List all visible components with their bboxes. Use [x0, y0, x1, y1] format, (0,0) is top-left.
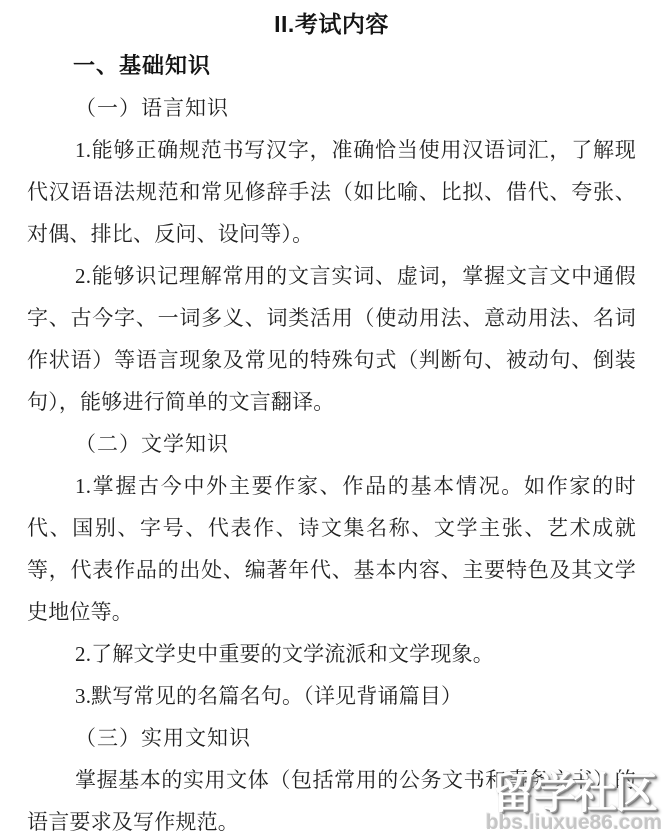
paragraph-classical-chinese: 2.能够识记理解常用的文言实词、虚词，掌握文言文中通假字、古今字、一词多义、词类…: [27, 255, 636, 423]
paragraph-recitation-passages: 3.默写常见的名篇名句。（详见背诵篇目）: [27, 675, 636, 717]
paragraph-hanzi-vocabulary-rhetoric: 1.能够正确规范书写汉字，准确恰当使用汉语词汇，了解现代汉语语法规范和常见修辞手…: [27, 129, 636, 255]
subheading-literature-knowledge: （二）文学知识: [27, 423, 636, 465]
paragraph-literary-schools: 2.了解文学史中重要的文学流派和文学现象。: [27, 633, 636, 675]
paragraph-writers-and-works: 1.掌握古今中外主要作家、作品的基本情况。如作家的时代、国别、字号、代表作、诗文…: [27, 465, 636, 633]
exam-content-document: II.考试内容 一、基础知识 （一）语言知识 1.能够正确规范书写汉字，准确恰当…: [0, 0, 664, 836]
section-heading-basic-knowledge: 一、基础知识: [27, 45, 636, 87]
subheading-practical-writing-knowledge: （三）实用文知识: [27, 717, 636, 759]
paragraph-practical-writing-styles: 掌握基本的实用文体（包括常用的公务文书和事务文书）的语言要求及写作规范。: [27, 759, 636, 836]
page-title: II.考试内容: [27, 3, 636, 45]
subheading-language-knowledge: （一）语言知识: [27, 87, 636, 129]
